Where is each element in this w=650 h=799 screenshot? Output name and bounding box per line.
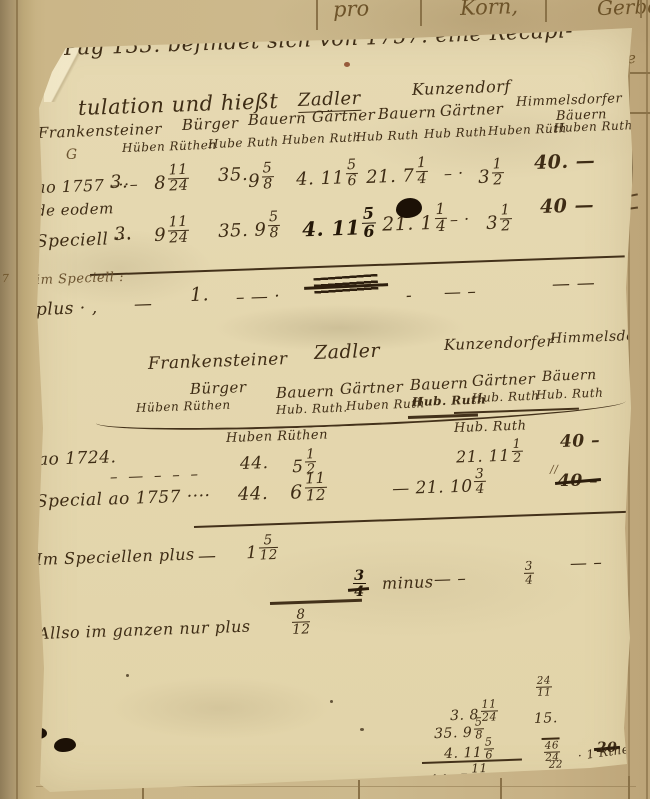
calc-carry-suffix: · 1 Rthe	[577, 743, 630, 762]
bottom-tick	[500, 778, 502, 799]
ink-speck	[360, 728, 364, 731]
table1-unit-prefix: G	[66, 148, 78, 162]
table1-cell: 312	[477, 157, 504, 189]
table1-cell: 4. 1156	[301, 205, 376, 242]
column-rule	[316, 0, 318, 30]
right-cell-rule	[630, 112, 650, 114]
table1-colhead: Bauern	[248, 111, 307, 128]
summary-minus-label: minus	[382, 574, 434, 592]
summary-minus-dash: — –	[570, 555, 603, 573]
table2-cell: 61112	[289, 471, 327, 505]
table2-cell: 44.	[238, 485, 269, 504]
summary-total-value: 812	[289, 607, 310, 637]
table2-bottom-rule	[194, 510, 639, 528]
table2-colhead: Bäuern	[542, 368, 597, 384]
table1-cell: – ·	[450, 211, 470, 228]
paper-stain	[344, 62, 350, 67]
scanned-manuscript-page: pro Korn, Gerbe 13e 7 Pag 133. befindet …	[0, 0, 650, 799]
table2-cell: 44.	[240, 455, 269, 473]
table2-colhead: Gärtner	[340, 380, 404, 397]
table2-cell: 21. 1112	[456, 438, 523, 468]
column-rule	[545, 0, 547, 22]
table1-colhead: Bürger	[182, 116, 239, 133]
plus-row-label-top: im Speciell :	[36, 271, 124, 287]
table2-row2-label: Special ao 1757 ····	[36, 488, 211, 511]
plus-row-label: plus · ,	[36, 300, 98, 319]
margin-numeral: 7	[2, 272, 9, 285]
separator-rule	[90, 255, 625, 275]
underlay-label-gerbe: Gerbe	[597, 0, 650, 20]
bottom-tick	[358, 780, 360, 799]
summary-total-label: Allso im ganzen nur plus	[38, 619, 251, 642]
table1-unit: Huben Ruth	[282, 131, 361, 146]
table2-mid-label: Huben Rüthen	[226, 428, 328, 445]
plus-row-cell: – — ·	[236, 288, 281, 307]
table1-cell: 35.	[218, 166, 249, 185]
column-rule	[640, 0, 642, 18]
table2-colhead: Bauern	[276, 384, 335, 401]
ink-blot	[54, 738, 76, 752]
table1-cell: – ·	[444, 165, 464, 182]
ink-speck	[126, 674, 129, 677]
table2-header: Kunzendorfer	[444, 334, 555, 353]
table1-unit: Hüben Rüthen	[122, 139, 217, 154]
summary-plus-dash: —	[198, 547, 217, 566]
table1-unit: Hub Ruth	[356, 129, 419, 143]
table1-cell: 91124	[153, 215, 189, 247]
table2-unit: Hüben Rüthen	[136, 399, 231, 414]
handwritten-note: Pag 133. befindet sich von 1757. eine Re…	[30, 28, 632, 792]
right-margin-rule	[646, 0, 648, 799]
table1-cell: 21. 714	[365, 156, 428, 189]
table2-cell: — 21. 1034	[391, 467, 486, 500]
table1-colhead: Frankensteiner	[38, 122, 162, 141]
table1-cell: 81124	[153, 163, 189, 195]
plus-row-cell: 1.	[190, 285, 210, 305]
table1-cell: 4. 1156	[295, 158, 358, 191]
table1-unit: Hub Ruth	[424, 126, 487, 140]
binding-crease	[16, 0, 18, 799]
table2-row1-dashes: – — – – –	[110, 467, 202, 485]
table1-cell: 3.	[114, 225, 133, 244]
summary-plus-value: 1512	[245, 533, 278, 564]
summary-plus-label: Im Speciellen plus	[36, 546, 195, 568]
plus-row-cell: —	[134, 295, 153, 314]
underlay-label-korn: Korn,	[460, 0, 519, 20]
table1-colhead: Bauern	[378, 105, 437, 122]
table2-unit: Hub. Ruth	[536, 387, 604, 401]
table2-cell: 40 –	[558, 471, 598, 491]
plus-row-cell: ‑	[406, 288, 413, 305]
table2-mid-label: Hub. Ruth	[454, 419, 527, 435]
calc-line: 4. 1156	[444, 736, 495, 762]
table2-row1-label: ao 1724.	[38, 449, 117, 469]
table1-header-kunzendorf: Kunzendorf	[412, 79, 511, 98]
table1-cell: 3.	[110, 173, 129, 192]
calc-num: 15.	[534, 711, 558, 726]
table2-header: Zadler	[314, 342, 381, 363]
table1-cell: 40. —	[534, 152, 596, 173]
table2-cell: 40 –	[560, 433, 601, 451]
table2-header: Frankensteiner	[148, 351, 288, 373]
plus-row-cell: — –	[444, 284, 477, 302]
table1-unit: Hube Ruth	[208, 136, 279, 150]
table1-cell: 35. 958	[217, 210, 280, 243]
ink-speck	[330, 700, 333, 703]
right-cell-rule	[630, 72, 650, 74]
table2-colhead: Bürger	[190, 380, 247, 397]
summary-minus-dash: — –	[434, 571, 467, 589]
summary-rule	[270, 599, 362, 605]
table2-colhead: Gärtner	[472, 372, 536, 389]
bottom-tick	[628, 776, 630, 799]
table2-colhead: Bauern	[410, 376, 469, 393]
table1-cell: 312	[485, 203, 512, 235]
column-rule	[420, 0, 422, 26]
table1-colhead: Gärtner	[440, 102, 504, 119]
underlay-label-pro: pro	[333, 0, 370, 22]
summary-struck-value: 34	[351, 578, 366, 599]
table1-colhead: Gärtner	[312, 108, 376, 125]
summary-minus-value: 34	[522, 560, 535, 587]
table1-cell: 40 —	[540, 196, 595, 217]
crossed-out-scribble	[313, 274, 378, 296]
table1-row2-label-top: de eodem	[36, 201, 114, 219]
table1-cell: 958	[247, 161, 274, 193]
plus-row-cell: — —	[552, 274, 596, 293]
calc-stack: 2411	[534, 675, 553, 698]
